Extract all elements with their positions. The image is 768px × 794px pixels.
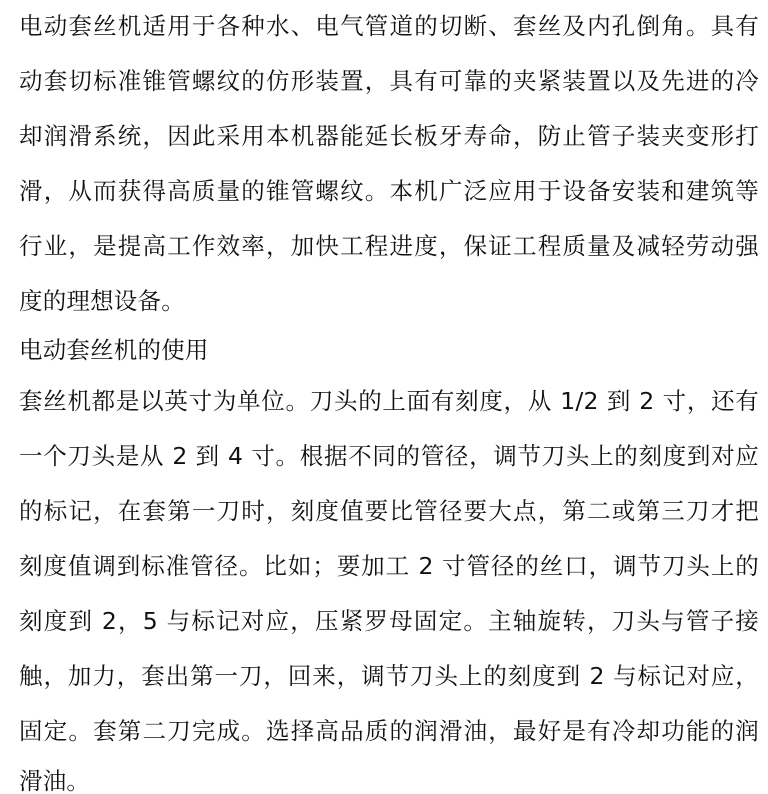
text-line: 固定。套第二刀完成。选择高品质的润滑油，最好是有冷却功能的润 bbox=[19, 716, 759, 746]
text-line: 的标记，在套第一刀时，刻度值要比管径要大点，第二或第三刀才把 bbox=[19, 496, 759, 526]
text-line: 电动套丝机适用于各种水、电气管道的切断、套丝及内孔倒角。具有 bbox=[19, 11, 759, 41]
text-line: 却润滑系统，因此采用本机器能延长板牙寿命，防止管子装夹变形打 bbox=[19, 121, 759, 151]
text-line: 一个刀头是从 2 到 4 寸。根据不同的管径，调节刀头上的刻度到对应 bbox=[19, 441, 759, 471]
text-line: 刻度到 2，5 与标记对应，压紧罗母固定。主轴旋转，刀头与管子接 bbox=[19, 606, 759, 636]
text-line: 滑，从而获得高质量的锥管螺纹。本机广泛应用于设备安装和建筑等 bbox=[19, 176, 759, 206]
text-line: 刻度值调到标准管径。比如；要加工 2 寸管径的丝口，调节刀头上的 bbox=[19, 551, 759, 581]
text-line: 触，加力，套出第一刀，回来，调节刀头上的刻度到 2 与标记对应， bbox=[19, 661, 759, 691]
text-line: 滑油。 bbox=[19, 766, 759, 794]
text-line: 度的理想设备。 bbox=[19, 286, 759, 316]
text-line: 动套切标准锥管螺纹的仿形装置，具有可靠的夹紧装置以及先进的冷 bbox=[19, 66, 759, 96]
text-line: 行业，是提高工作效率，加快工程进度，保证工程质量及减轻劳动强 bbox=[19, 231, 759, 261]
section-heading: 电动套丝机的使用 bbox=[19, 335, 759, 365]
text-line: 套丝机都是以英寸为单位。刀头的上面有刻度，从 1/2 到 2 寸，还有 bbox=[19, 386, 759, 416]
document-page: 电动套丝机适用于各种水、电气管道的切断、套丝及内孔倒角。具有 动套切标准锥管螺纹… bbox=[0, 0, 768, 794]
